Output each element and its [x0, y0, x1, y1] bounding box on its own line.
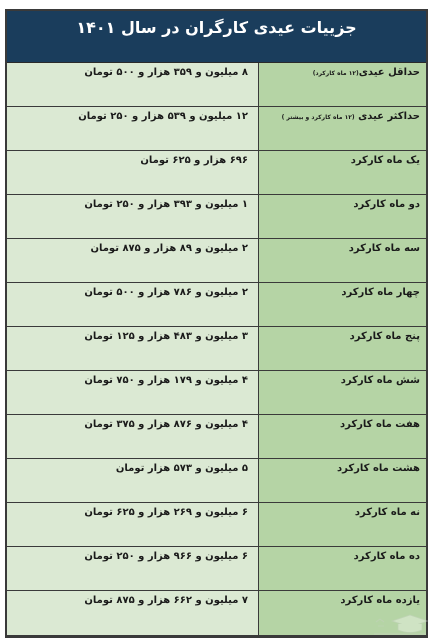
row-value: ۵ میلیون و ۵۷۳ هزار تومان [7, 459, 258, 502]
row-label: یک ماه کارکرد [258, 151, 426, 194]
row-value: ۶ میلیون و ۹۶۶ هزار و ۲۵۰ تومان [7, 547, 258, 590]
row-label: پنج ماه کارکرد [258, 327, 426, 370]
row-value: ۶۹۶ هزار و ۶۲۵ تومان [7, 151, 258, 194]
row-label: نه ماه کارکرد [258, 503, 426, 546]
row-value: ۳ میلیون و ۴۸۳ هزار و ۱۲۵ تومان [7, 327, 258, 370]
table-row: پنج ماه کارکرد ۳ میلیون و ۴۸۳ هزار و ۱۲۵… [7, 327, 426, 371]
row-label-note: (۱۲ ماه کارکرد) [313, 70, 359, 77]
table-row: دو ماه کارکرد ۱ میلیون و ۳۹۳ هزار و ۲۵۰ … [7, 195, 426, 239]
table-row: چهار ماه کارکرد ۲ میلیون و ۷۸۶ هزار و ۵۰… [7, 283, 426, 327]
row-label-text: حداکثر عیدی [358, 111, 420, 122]
row-label-text: حداقل عیدی [359, 67, 420, 78]
row-label: حداقل عیدی(۱۲ ماه کارکرد) [258, 63, 426, 106]
table-row: نه ماه کارکرد ۶ میلیون و ۲۶۹ هزار و ۶۲۵ … [7, 503, 426, 547]
table-row: هشت ماه کارکرد ۵ میلیون و ۵۷۳ هزار تومان [7, 459, 426, 503]
row-value: ۷ میلیون و ۶۶۲ هزار و ۸۷۵ تومان [7, 591, 258, 635]
eidi-table: جزییات عیدی کارگران در سال ۱۴۰۱ حداقل عی… [5, 9, 428, 638]
row-value: ۴ میلیون و ۸۷۶ هزار و ۳۷۵ تومان [7, 415, 258, 458]
table-row: حداقل عیدی(۱۲ ماه کارکرد) ۸ میلیون و ۳۵۹… [7, 63, 426, 107]
row-value: ۶ میلیون و ۲۶۹ هزار و ۶۲۵ تومان [7, 503, 258, 546]
table-row: حداکثر عیدی (۱۲ ماه کارکرد و بیشتر ) ۱۲ … [7, 107, 426, 151]
row-value: ۸ میلیون و ۳۵۹ هزار و ۵۰۰ تومان [7, 63, 258, 106]
graduation-cap-watermark-icon [370, 612, 430, 638]
table-row: ده ماه کارکرد ۶ میلیون و ۹۶۶ هزار و ۲۵۰ … [7, 547, 426, 591]
row-value: ۲ میلیون و ۷۸۶ هزار و ۵۰۰ تومان [7, 283, 258, 326]
row-label: دو ماه کارکرد [258, 195, 426, 238]
table-title: جزییات عیدی کارگران در سال ۱۴۰۱ [7, 11, 426, 63]
row-label: هفت ماه کارکرد [258, 415, 426, 458]
row-label: حداکثر عیدی (۱۲ ماه کارکرد و بیشتر ) [258, 107, 426, 150]
row-label: چهار ماه کارکرد [258, 283, 426, 326]
table-row: هفت ماه کارکرد ۴ میلیون و ۸۷۶ هزار و ۳۷۵… [7, 415, 426, 459]
row-label: ده ماه کارکرد [258, 547, 426, 590]
row-value: ۱ میلیون و ۳۹۳ هزار و ۲۵۰ تومان [7, 195, 258, 238]
row-value: ۴ میلیون و ۱۷۹ هزار و ۷۵۰ تومان [7, 371, 258, 414]
row-label: شش ماه کارکرد [258, 371, 426, 414]
table-row: یک ماه کارکرد ۶۹۶ هزار و ۶۲۵ تومان [7, 151, 426, 195]
row-label-note: (۱۲ ماه کارکرد و بیشتر ) [282, 114, 355, 121]
row-value: ۲ میلیون و ۸۹ هزار و ۸۷۵ تومان [7, 239, 258, 282]
row-label: سه ماه کارکرد [258, 239, 426, 282]
table-row: سه ماه کارکرد ۲ میلیون و ۸۹ هزار و ۸۷۵ ت… [7, 239, 426, 283]
row-label: هشت ماه کارکرد [258, 459, 426, 502]
row-value: ۱۲ میلیون و ۵۳۹ هزار و ۲۵۰ تومان [7, 107, 258, 150]
table-row: شش ماه کارکرد ۴ میلیون و ۱۷۹ هزار و ۷۵۰ … [7, 371, 426, 415]
table-row: یازده ماه کارکرد ۷ میلیون و ۶۶۲ هزار و ۸… [7, 591, 426, 635]
